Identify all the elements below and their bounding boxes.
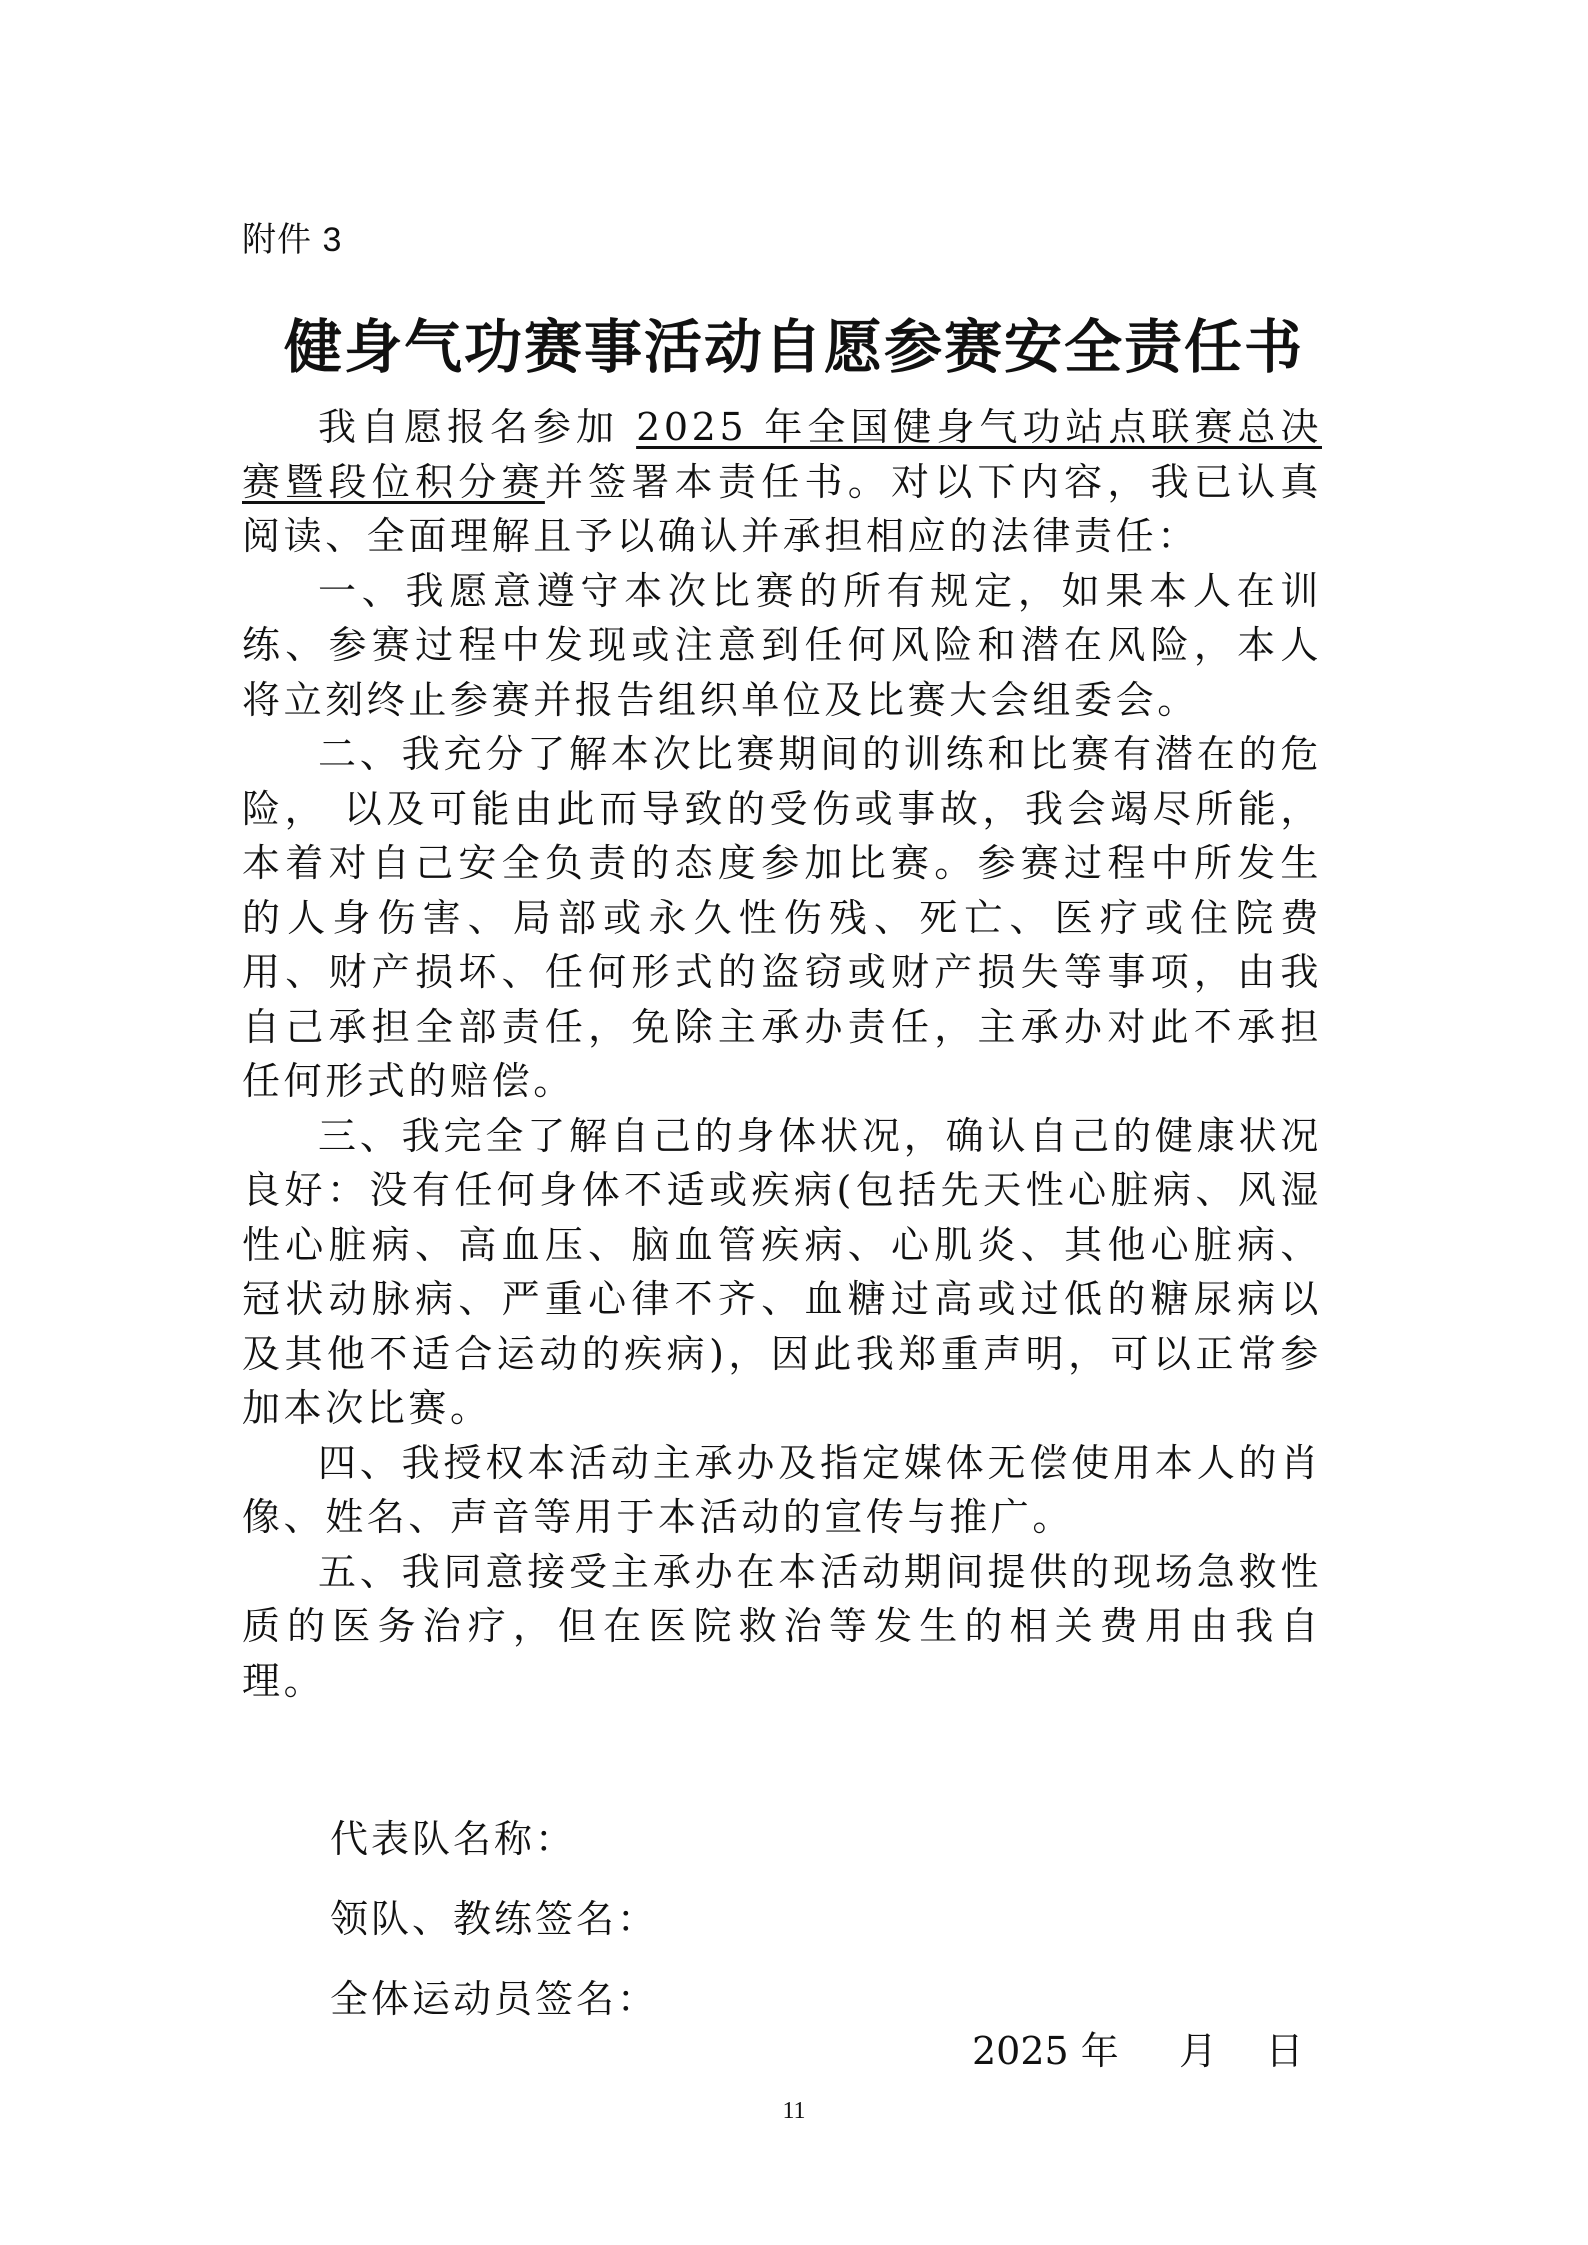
clause-5: 五、我同意接受主承办在本活动期间提供的现场急救性质的医务治疗，但在医院救治等发生… — [242, 1545, 1322, 1709]
clause-3: 三、我完全了解自己的身体状况，确认自己的健康状况良好：没有任何身体不适或疾病(包… — [242, 1109, 1322, 1436]
document-page: 附件 3 健身气功赛事活动自愿参赛安全责任书 我自愿报名参加 2025 年全国健… — [0, 0, 1588, 2245]
clause-1: 一、我愿意遵守本次比赛的所有规定，如果本人在训练、参赛过程中发现或注意到任何风险… — [242, 564, 1322, 728]
leader-coach-signature-label: 领队、教练签名： — [330, 1888, 658, 1943]
athletes-signature-label: 全体运动员签名： — [330, 1968, 658, 2023]
intro-prefix: 我自愿报名参加 — [318, 405, 636, 449]
document-title: 健身气功赛事活动自愿参赛安全责任书 — [0, 300, 1588, 384]
page-number: 11 — [0, 2098, 1588, 2125]
intro-paragraph: 我自愿报名参加 2025 年全国健身气功站点联赛总决赛暨段位积分赛并签署本责任书… — [242, 400, 1322, 564]
date-line: 2025 年 月 日 — [972, 2020, 1304, 2075]
team-name-label: 代表队名称： — [330, 1808, 576, 1863]
attachment-label: 附件 3 — [242, 212, 342, 261]
clause-4: 四、我授权本活动主承办及指定媒体无偿使用本人的肖像、姓名、声音等用于本活动的宣传… — [242, 1436, 1322, 1545]
clause-2: 二、我充分了解本次比赛期间的训练和比赛有潜在的危险， 以及可能由此而导致的受伤或… — [242, 727, 1322, 1109]
document-body: 我自愿报名参加 2025 年全国健身气功站点联赛总决赛暨段位积分赛并签署本责任书… — [242, 400, 1322, 1708]
